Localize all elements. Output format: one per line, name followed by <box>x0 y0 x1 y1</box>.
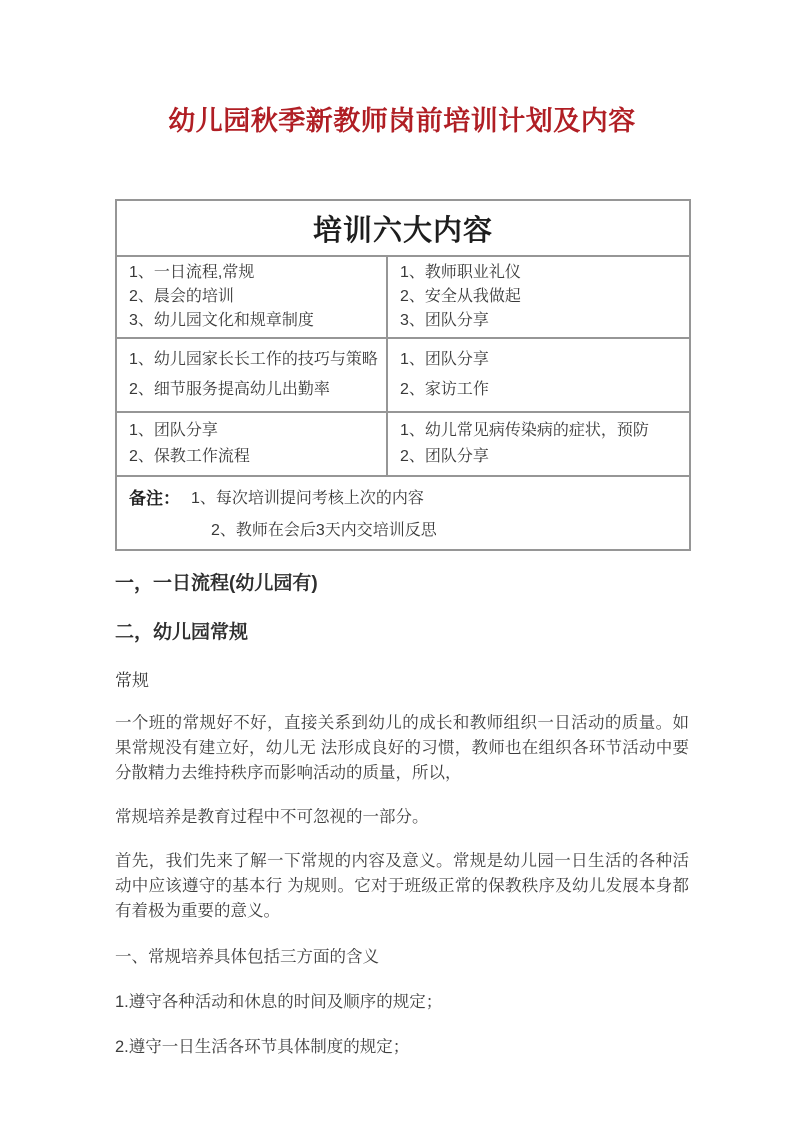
cell-item: 2、晨会的培训 <box>129 285 382 309</box>
cell-item: 2、家访工作 <box>400 378 685 402</box>
cell-item: 1、教师职业礼仪 <box>400 261 685 285</box>
cell-item: 2、细节服务提高幼儿出勤率 <box>129 378 382 402</box>
table-title: 培训六大内容 <box>116 200 690 256</box>
table-cell-row3-right: 1、幼儿常见病传染病的症状，预防 2、团队分享 <box>387 412 690 476</box>
table-cell-row1-left: 1、一日流程,常规 2、晨会的培训 3、幼儿园文化和规章制度 <box>116 256 387 338</box>
paragraph: 首先，我们先来了解一下常规的内容及意义。常规是幼儿园一日生活的各种活动中应该遵守… <box>115 849 689 924</box>
section-heading-one: 一，一日流程(幼儿园有) <box>115 572 689 596</box>
table-row: 1、团队分享 2、保教工作流程 1、幼儿常见病传染病的症状，预防 2、团队分享 <box>116 412 690 476</box>
table-cell-row1-right: 1、教师职业礼仪 2、安全从我做起 3、团队分享 <box>387 256 690 338</box>
table-cell-row2-right: 1、团队分享 2、家访工作 <box>387 338 690 412</box>
remark-item: 1、每次培训提问考核上次的内容 <box>191 487 685 511</box>
paragraph: 常规培养是教育过程中不可忽视的一部分。 <box>115 805 689 830</box>
cell-item: 1、幼儿常见病传染病的症状，预防 <box>400 419 685 443</box>
cell-item: 2、团队分享 <box>400 445 685 469</box>
list-item: 2.遵守一日生活各环节具体制度的规定； <box>115 1035 689 1059</box>
table-cell-remarks: 备注： 1、每次培训提问考核上次的内容 2、教师在会后3天内交培训反思 <box>116 476 690 550</box>
cell-item: 1、一日流程,常规 <box>129 261 382 285</box>
cell-item: 1、团队分享 <box>129 419 382 443</box>
table-cell-row3-left: 1、团队分享 2、保教工作流程 <box>116 412 387 476</box>
section-heading-two: 二，幼儿园常规 <box>115 621 689 645</box>
paragraph: 一个班的常规好不好，直接关系到幼儿的成长和教师组织一日活动的质量。如果常规没有建… <box>115 711 689 786</box>
cell-item: 3、幼儿园文化和规章制度 <box>129 309 382 333</box>
sub-heading-changgui: 常规 <box>115 670 689 692</box>
table-row: 1、幼儿园家长长工作的技巧与策略 2、细节服务提高幼儿出勤率 1、团队分享 2、… <box>116 338 690 412</box>
cell-item: 2、保教工作流程 <box>129 445 382 469</box>
training-content-table: 培训六大内容 1、一日流程,常规 2、晨会的培训 3、幼儿园文化和规章制度 1、… <box>115 199 691 551</box>
list-heading: 一、常规培养具体包括三方面的含义 <box>115 945 689 969</box>
table-remark-row: 备注： 1、每次培训提问考核上次的内容 2、教师在会后3天内交培训反思 <box>116 476 690 550</box>
remark-label: 备注： <box>129 487 191 511</box>
cell-item: 2、安全从我做起 <box>400 285 685 309</box>
cell-item: 3、团队分享 <box>400 309 685 333</box>
table-cell-row2-left: 1、幼儿园家长长工作的技巧与策略 2、细节服务提高幼儿出勤率 <box>116 338 387 412</box>
document-page: 幼儿园秋季新教师岗前培训计划及内容 培训六大内容 1、一日流程,常规 2、晨会的… <box>0 0 800 1131</box>
list-item: 1.遵守各种活动和休息的时间及顺序的规定； <box>115 990 689 1014</box>
cell-item: 1、团队分享 <box>400 348 685 372</box>
table-row: 1、一日流程,常规 2、晨会的培训 3、幼儿园文化和规章制度 1、教师职业礼仪 … <box>116 256 690 338</box>
cell-item: 1、幼儿园家长长工作的技巧与策略 <box>129 348 382 372</box>
remark-item: 2、教师在会后3天内交培训反思 <box>211 519 685 543</box>
page-title: 幼儿园秋季新教师岗前培训计划及内容 <box>115 103 689 139</box>
